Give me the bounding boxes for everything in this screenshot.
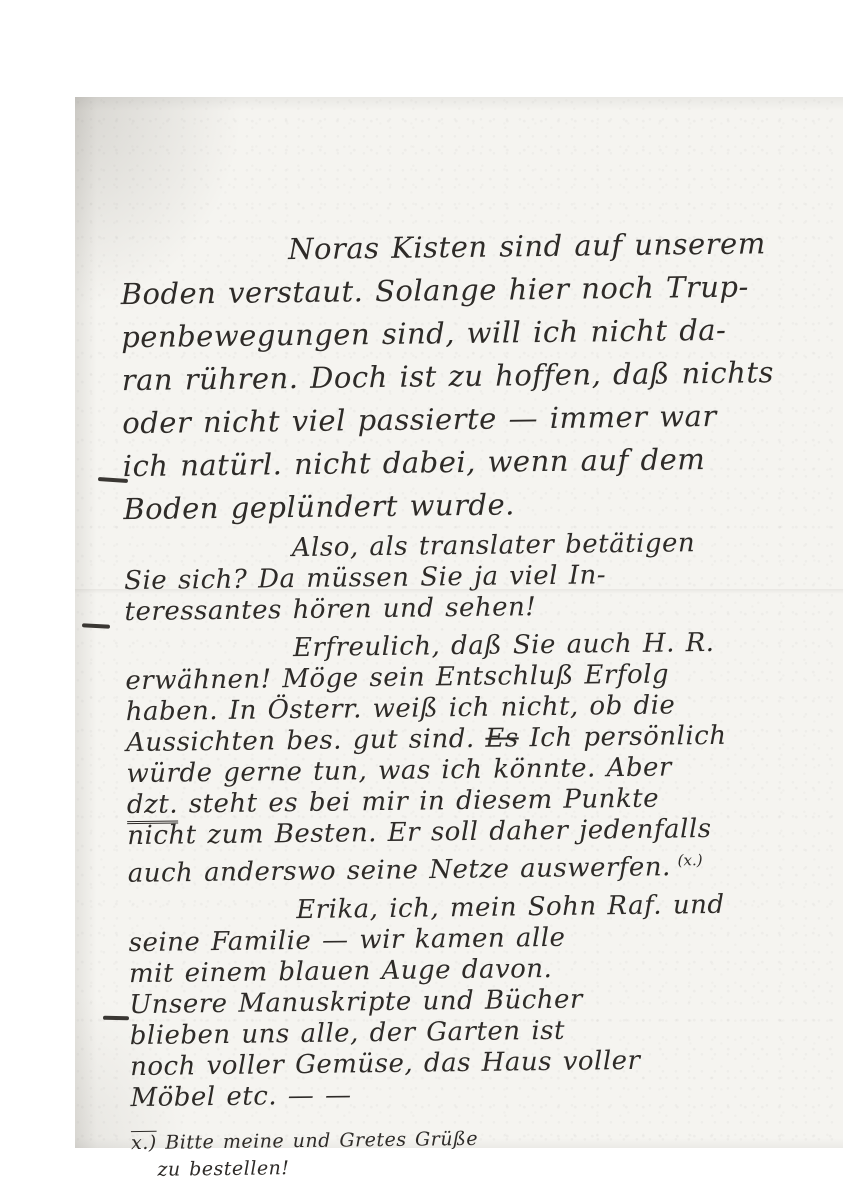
letter-paragraph: Erfreulich, daß Sie auch H. R.erwähnen! …: [125, 627, 815, 890]
footnote: x.) Bitte meine und Gretes Grüßezu beste…: [131, 1121, 819, 1183]
letter-paragraph: Erika, ich, mein Sohn Raf. undseine Fami…: [128, 888, 818, 1113]
letter-segment-strike: Es: [485, 723, 519, 753]
letter-segment: Ich persönlich: [519, 721, 727, 754]
letter-segment: Möbel etc. — —: [130, 1080, 351, 1113]
letter-segment: blieben uns alle, der Garten ist: [130, 1015, 566, 1050]
letter-segment: noch voller Gemüse, das Haus voller: [130, 1046, 641, 1082]
letter-segment: Erfreulich, daß Sie auch H. R.: [293, 628, 715, 663]
letter-paragraph: Also, als translater betätigenSie sich? …: [124, 527, 812, 628]
letter-line: Boden geplündert wurde.: [123, 480, 810, 531]
scanned-letter-screenshot: Noras Kisten sind auf unseremBoden verst…: [0, 0, 843, 1189]
letter-segment-sup: (x.): [671, 851, 703, 869]
letter-segment: zu bestellen!: [157, 1157, 289, 1181]
letter-line: auch anderswo seine Netze auswerfen. (x.…: [128, 844, 815, 890]
letter-segment: Sie sich? Da müssen Sie ja viel In-: [124, 560, 606, 596]
letter-segment-overline: x.): [131, 1131, 157, 1153]
letter-segment: ran rühren. Doch ist zu hoffen, daß nich…: [122, 355, 775, 397]
letter-body: Noras Kisten sind auf unseremBoden verst…: [73, 88, 843, 1184]
letter-segment: teressantes hören und sehen!: [124, 592, 536, 627]
letter-segment: mit einem blauen Auge davon.: [129, 954, 553, 989]
letter-segment: Bitte meine und Gretes Grüße: [157, 1128, 479, 1154]
letter-segment: steht es bei mir in diesem Punkte: [178, 784, 659, 820]
letter-segment: seine Familie — wir kamen alle: [128, 922, 565, 957]
letter-segment: Noras Kisten sind auf unserem: [288, 226, 766, 266]
letter-paragraph: Noras Kisten sind auf unseremBoden verst…: [120, 222, 811, 531]
letter-segment: Boden verstaut. Solange hier noch Trup-: [120, 270, 748, 312]
letter-segment: Unsere Manuskripte und Bücher: [129, 984, 583, 1020]
letter-segment: Aussichten bes. gut sind.: [126, 724, 486, 758]
margin-dash: [103, 1016, 129, 1020]
letter-line: oder nicht viel passierte — immer war: [122, 394, 809, 445]
letter-segment: penbewegungen sind, will ich nicht da-: [121, 313, 727, 354]
letter-segment-underline: dzt.: [127, 790, 178, 825]
letter-segment: ich natürl. nicht dabei, wenn auf dem: [123, 442, 706, 483]
letter-segment: Erika, ich, mein Sohn Raf. und: [296, 890, 725, 925]
letter-segment: Boden geplündert wurde.: [123, 487, 515, 526]
letter-segment: auch anderswo seine Netze auswerfen.: [128, 852, 671, 889]
letter-segment: oder nicht viel passierte — immer war: [122, 399, 717, 440]
letter-scan-page: Noras Kisten sind auf unseremBoden verst…: [75, 97, 843, 1148]
letter-segment: Also, als translater betätigen: [292, 528, 696, 563]
